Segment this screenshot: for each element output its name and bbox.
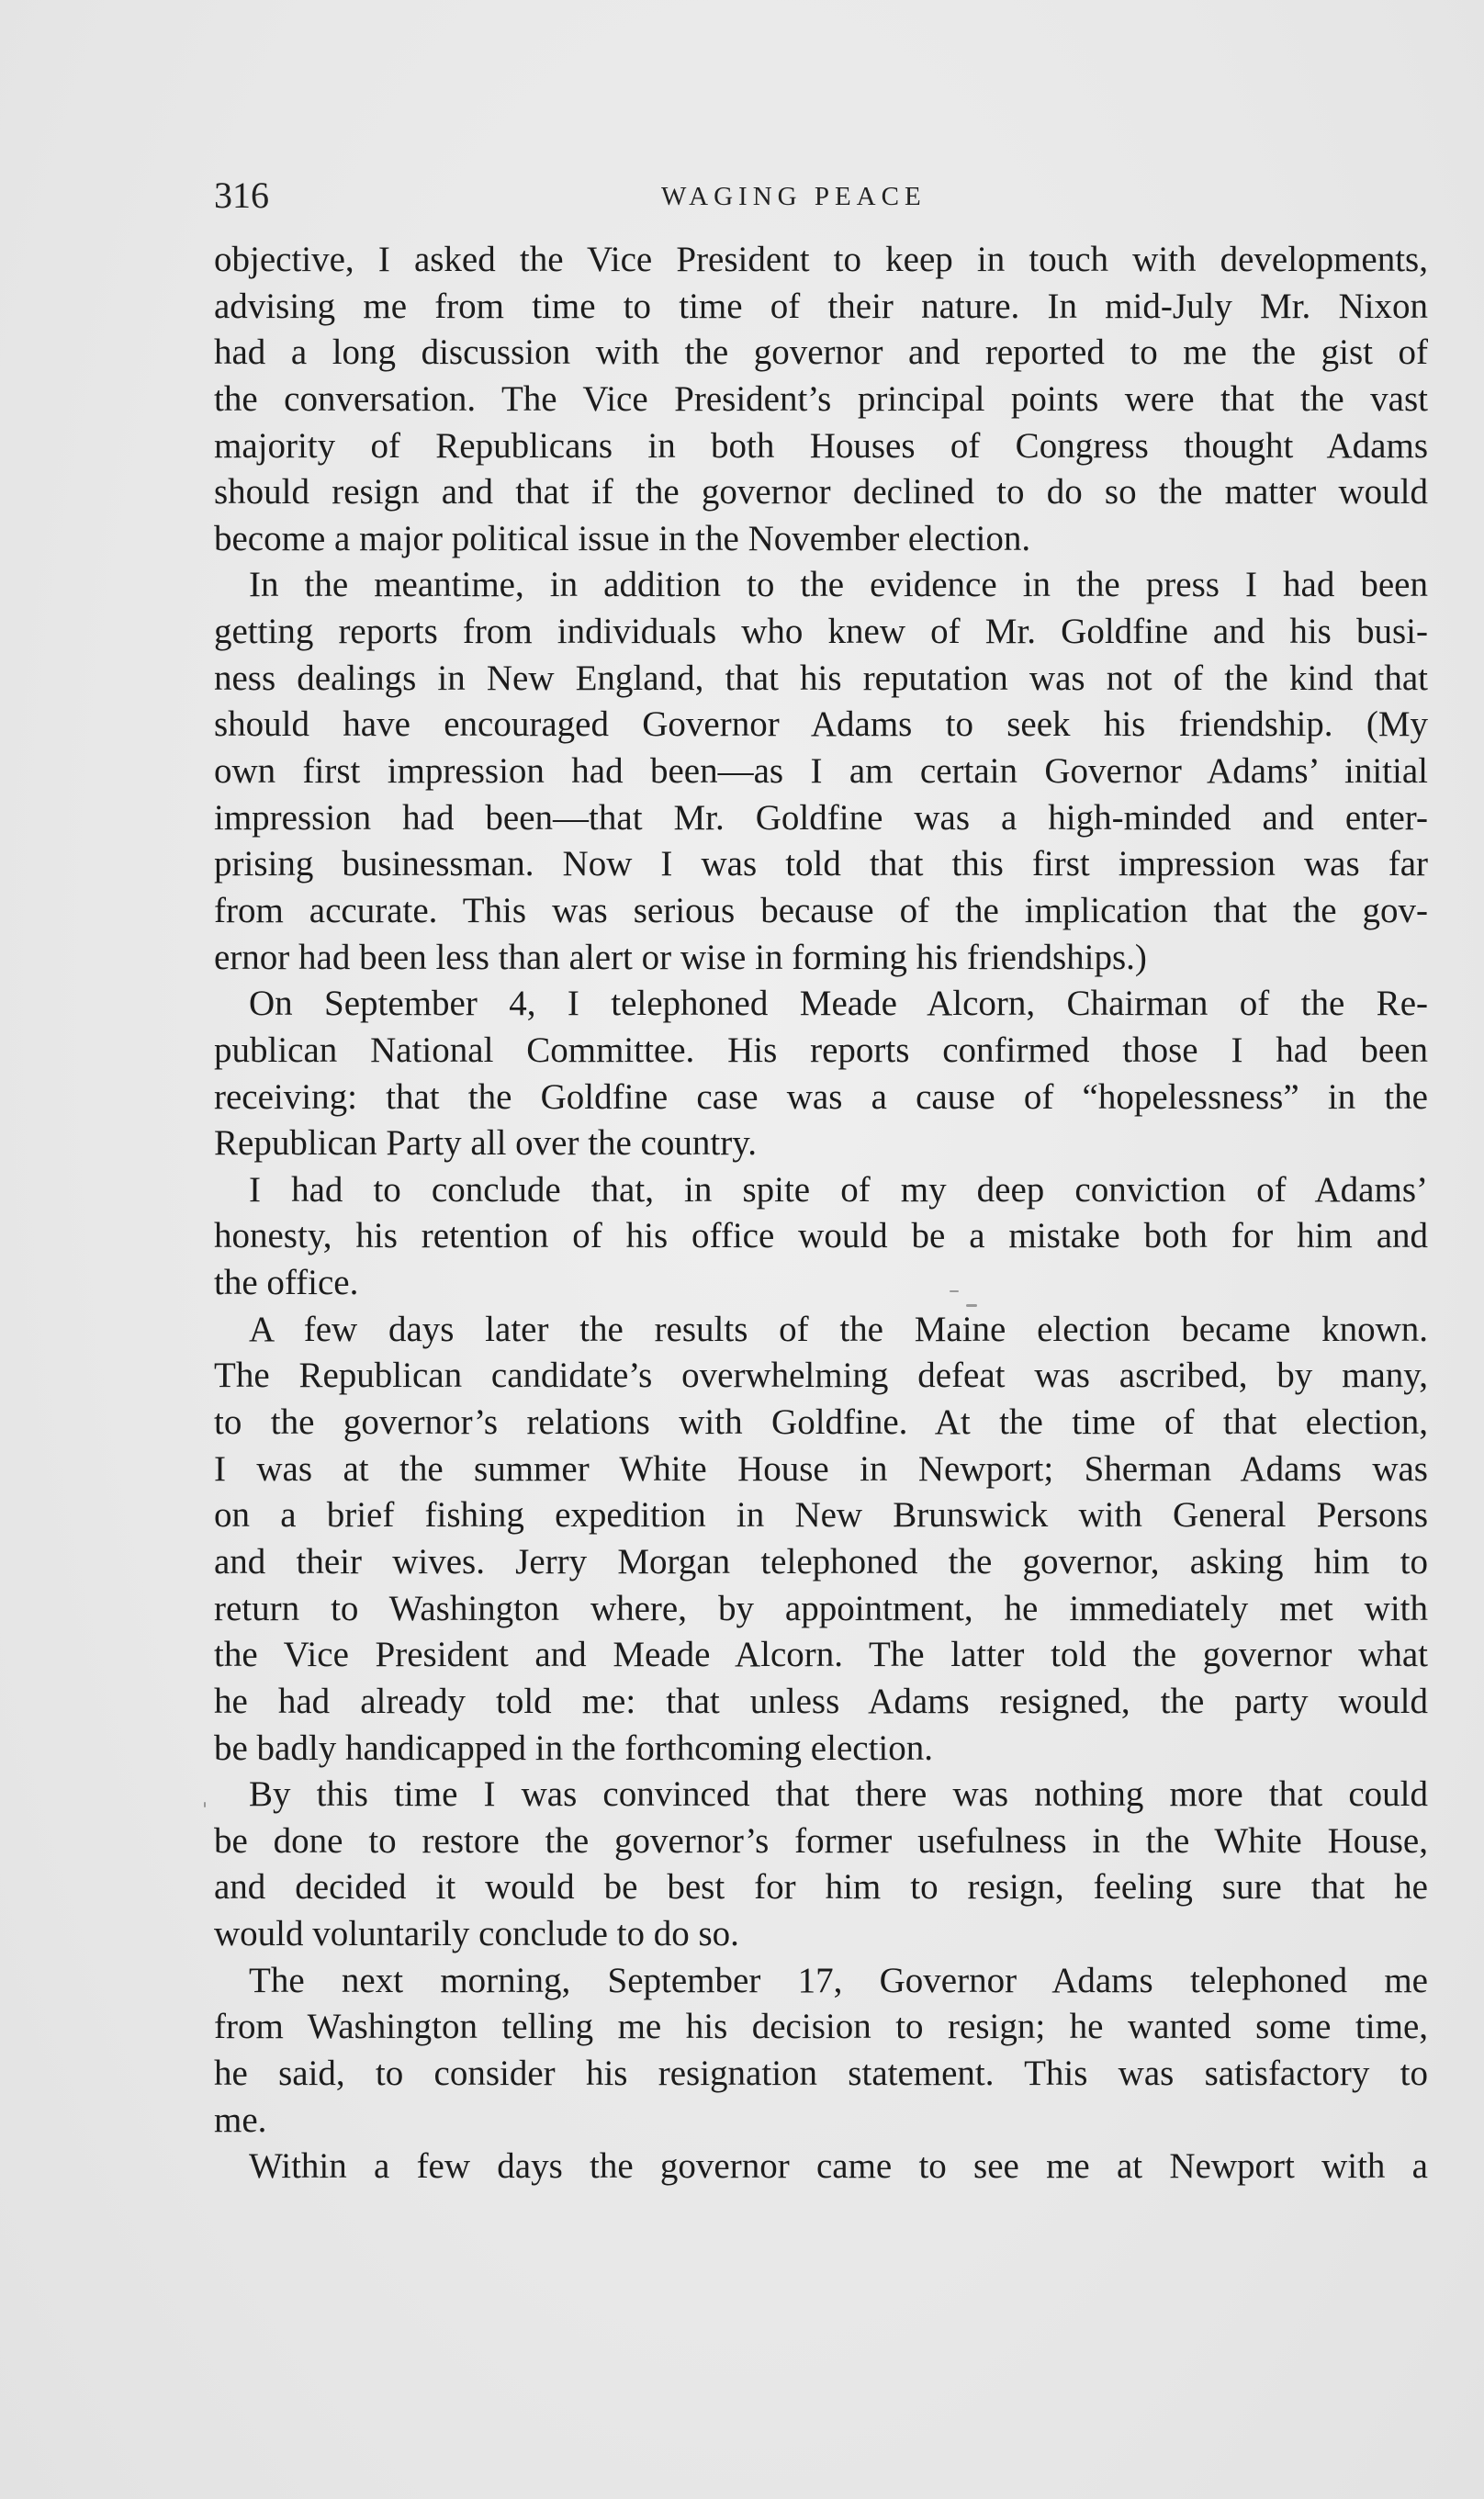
paragraph: On September 4, I telephoned Meade Alcor… [214, 981, 1428, 1167]
text-line: and their wives. Jerry Morgan telephoned… [214, 1539, 1428, 1586]
text-line: should resign and that if the governor d… [214, 469, 1428, 516]
text-line: I was at the summer White House in Newpo… [214, 1446, 1428, 1493]
text-line: had a long discussion with the governor … [214, 330, 1428, 377]
text-line: me. [214, 2098, 1428, 2144]
scan-artifact [950, 1290, 959, 1292]
text-line: the office. [214, 1260, 1428, 1307]
text-line: return to Washington where, by appointme… [214, 1586, 1428, 1633]
text-line: from Washington telling me his decision … [214, 2004, 1428, 2051]
paragraph: Within a few days the governor came to s… [214, 2144, 1428, 2190]
text-line: By this time I was convinced that there … [214, 1772, 1428, 1818]
text-line: and decided it would be best for him to … [214, 1864, 1428, 1911]
text-line: to the governor’s relations with Goldfin… [214, 1400, 1428, 1446]
text-line: The next morning, September 17, Governor… [214, 1958, 1428, 2005]
text-line: be done to restore the governor’s former… [214, 1818, 1428, 1865]
paragraph: I had to conclude that, in spite of my d… [214, 1167, 1428, 1307]
text-line: prising businessman. Now I was told that… [214, 841, 1428, 888]
text-line: majority of Republicans in both Houses o… [214, 423, 1428, 470]
text-line: on a brief fishing expedition in New Bru… [214, 1492, 1428, 1539]
body-text: objective, I asked the Vice President to… [214, 237, 1428, 2190]
text-line: getting reports from individuals who kne… [214, 609, 1428, 656]
text-line: from accurate. This was serious because … [214, 888, 1428, 935]
text-line: Republican Party all over the country. [214, 1120, 1428, 1167]
text-line: On September 4, I telephoned Meade Alcor… [214, 981, 1428, 1028]
text-line: he had already told me: that unless Adam… [214, 1679, 1428, 1726]
text-line: receiving: that the Goldfine case was a … [214, 1075, 1428, 1121]
text-line: become a major political issue in the No… [214, 516, 1428, 563]
paragraph: objective, I asked the Vice President to… [214, 237, 1428, 562]
text-line: I had to conclude that, in spite of my d… [214, 1167, 1428, 1214]
text-line: would voluntarily conclude to do so. [214, 1911, 1428, 1958]
text-line: advising me from time to time of their n… [214, 284, 1428, 331]
text-line: In the meantime, in addition to the evid… [214, 562, 1428, 609]
text-line: publican National Committee. His reports… [214, 1028, 1428, 1075]
text-line: Within a few days the governor came to s… [214, 2144, 1428, 2190]
running-head: 316 WAGING PEACE [214, 173, 1428, 219]
page-number: 316 [214, 173, 269, 219]
text-line: own first impression had been—as I am ce… [214, 749, 1428, 795]
text-line: the conversation. The Vice President’s p… [214, 377, 1428, 423]
text-line: The Republican candidate’s overwhelming … [214, 1353, 1428, 1400]
text-line: honesty, his retention of his office wou… [214, 1213, 1428, 1260]
text-line: be badly handicapped in the forthcoming … [214, 1726, 1428, 1773]
paragraph: By this time I was convinced that there … [214, 1772, 1428, 1958]
paragraph: A few days later the results of the Main… [214, 1307, 1428, 1772]
text-line: he said, to consider his resignation sta… [214, 2051, 1428, 2098]
text-line: should have encouraged Governor Adams to… [214, 702, 1428, 749]
running-title: WAGING PEACE [661, 176, 927, 217]
text-line: the Vice President and Meade Alcorn. The… [214, 1632, 1428, 1679]
paragraph: The next morning, September 17, Governor… [214, 1958, 1428, 2144]
text-line: ness dealings in New England, that his r… [214, 656, 1428, 703]
scan-artifact [966, 1304, 977, 1307]
book-page: 316 WAGING PEACE objective, I asked the … [0, 0, 1484, 2499]
text-line: impression had been—that Mr. Goldfine wa… [214, 795, 1428, 842]
text-line: ernor had been less than alert or wise i… [214, 935, 1428, 982]
scan-artifact [204, 1802, 206, 1807]
text-line: A few days later the results of the Main… [214, 1307, 1428, 1354]
text-line: objective, I asked the Vice President to… [214, 237, 1428, 284]
paragraph: In the meantime, in addition to the evid… [214, 562, 1428, 981]
